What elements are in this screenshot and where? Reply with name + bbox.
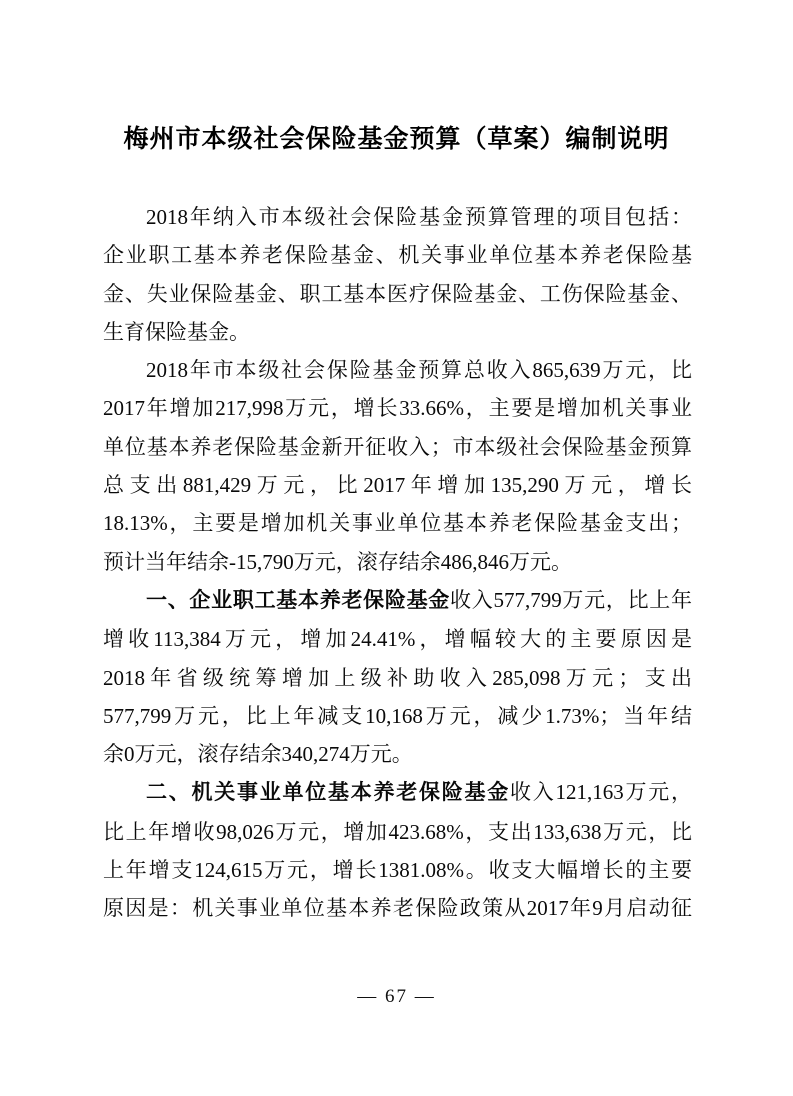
section-heading-run: 二、机关事业单位基本养老保险基金 bbox=[146, 781, 510, 804]
text-line: 2018年省级统筹增加上级补助收入285,098万元；支出 bbox=[103, 659, 692, 697]
text-line: 总支出881,429万元，比2017年增加135,290万元，增长 bbox=[103, 466, 692, 504]
text-line: 生育保险基金。 bbox=[103, 313, 692, 351]
text-run: 金、失业保险基金、职工基本医疗保险基金、工伤保险基金、 bbox=[103, 282, 692, 306]
text-line: 增收113,384万元，增加24.41%，增幅较大的主要原因是 bbox=[103, 620, 692, 658]
document-body: 2018年纳入市本级社会保险基金预算管理的项目包括：企业职工基本养老保险基金、机… bbox=[103, 198, 692, 928]
text-run: 余0万元，滚存结余340,274万元。 bbox=[103, 742, 413, 766]
text-run: 2018年省级统筹增加上级补助收入285,098万元；支出 bbox=[103, 666, 692, 690]
text-line: 上年增支124,615万元，增长1381.08%。收支大幅增长的主要 bbox=[103, 851, 692, 889]
document-title: 梅州市本级社会保险基金预算（草案）编制说明 bbox=[0, 119, 793, 155]
text-line: 18.13%，主要是增加机关事业单位基本养老保险基金支出； bbox=[103, 504, 692, 542]
text-run: 增收113,384万元，增加24.41%，增幅较大的主要原因是 bbox=[103, 627, 692, 651]
section-heading-run: 一、企业职工基本养老保险基金 bbox=[146, 589, 450, 612]
text-run: 生育保险基金。 bbox=[103, 320, 250, 344]
paragraph-4: 二、机关事业单位基本养老保险基金收入121,163万元，比上年增收98,026万… bbox=[103, 773, 692, 927]
page-number: — 67 — bbox=[0, 986, 793, 1008]
paragraph-3: 一、企业职工基本养老保险基金收入577,799万元，比上年增收113,384万元… bbox=[103, 581, 692, 773]
paragraph-2: 2018年市本级社会保险基金预算总收入865,639万元，比2017年增加217… bbox=[103, 351, 692, 581]
document-page: 梅州市本级社会保险基金预算（草案）编制说明 2018年纳入市本级社会保险基金预算… bbox=[0, 0, 793, 1096]
text-run: 总支出881,429万元，比2017年增加135,290万元，增长 bbox=[103, 473, 692, 497]
text-run: 2018年市本级社会保险基金预算总收入865,639万元，比 bbox=[146, 358, 692, 382]
text-run: 上年增支124,615万元，增长1381.08%。收支大幅增长的主要 bbox=[103, 858, 692, 882]
text-run: 18.13%，主要是增加机关事业单位基本养老保险基金支出； bbox=[103, 511, 692, 535]
text-line: 一、企业职工基本养老保险基金收入577,799万元，比上年 bbox=[103, 581, 692, 620]
text-line: 原因是：机关事业单位基本养老保险政策从2017年9月启动征 bbox=[103, 889, 692, 927]
text-line: 2017年增加217,998万元，增长33.66%，主要是增加机关事业 bbox=[103, 389, 692, 427]
paragraph-1: 2018年纳入市本级社会保险基金预算管理的项目包括：企业职工基本养老保险基金、机… bbox=[103, 198, 692, 351]
text-run: 比上年增收98,026万元，增加423.68%，支出133,638万元，比 bbox=[103, 820, 692, 844]
text-line: 比上年增收98,026万元，增加423.68%，支出133,638万元，比 bbox=[103, 813, 692, 851]
text-run: 577,799万元，比上年减支10,168万元，减少1.73%；当年结 bbox=[103, 704, 692, 728]
text-run: 单位基本养老保险基金新开征收入；市本级社会保险基金预算 bbox=[103, 435, 692, 459]
text-run: 预计当年结余-15,790万元，滚存结余486,846万元。 bbox=[103, 550, 572, 574]
text-line: 2018年市本级社会保险基金预算总收入865,639万元，比 bbox=[103, 351, 692, 389]
text-line: 企业职工基本养老保险基金、机关事业单位基本养老保险基 bbox=[103, 236, 692, 274]
text-line: 预计当年结余-15,790万元，滚存结余486,846万元。 bbox=[103, 543, 692, 581]
text-line: 二、机关事业单位基本养老保险基金收入121,163万元， bbox=[103, 773, 692, 812]
text-run: 2017年增加217,998万元，增长33.66%，主要是增加机关事业 bbox=[103, 396, 692, 420]
text-line: 2018年纳入市本级社会保险基金预算管理的项目包括： bbox=[103, 198, 692, 236]
text-run: 收入121,163万元， bbox=[510, 780, 692, 804]
text-run: 2018年纳入市本级社会保险基金预算管理的项目包括： bbox=[146, 205, 692, 229]
text-line: 577,799万元，比上年减支10,168万元，减少1.73%；当年结 bbox=[103, 697, 692, 735]
text-run: 企业职工基本养老保险基金、机关事业单位基本养老保险基 bbox=[103, 243, 692, 267]
text-run: 收入577,799万元，比上年 bbox=[450, 588, 692, 612]
text-line: 余0万元，滚存结余340,274万元。 bbox=[103, 735, 692, 773]
text-line: 金、失业保险基金、职工基本医疗保险基金、工伤保险基金、 bbox=[103, 275, 692, 313]
text-run: 原因是：机关事业单位基本养老保险政策从2017年9月启动征 bbox=[103, 896, 692, 920]
text-line: 单位基本养老保险基金新开征收入；市本级社会保险基金预算 bbox=[103, 428, 692, 466]
